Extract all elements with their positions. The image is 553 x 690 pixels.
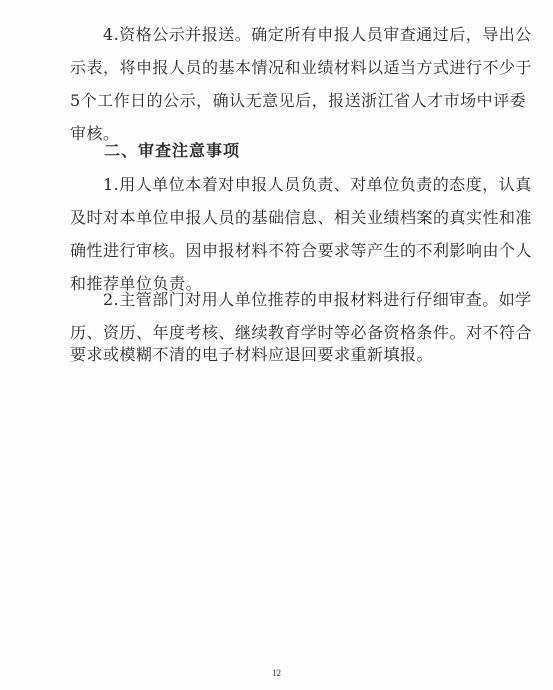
paragraph-item-1-line-1: 1.用人单位本着对申报人员负责、对单位负责的态度，认真 bbox=[70, 174, 486, 196]
paragraph-item-4-line-1: 4.资格公示并报送。确定所有申报人员审查通过后，导出公 bbox=[70, 24, 486, 46]
paragraph-item-1-line-3: 确性进行审核。因申报材料不符合要求等产生的不利影响由个人 bbox=[70, 240, 486, 262]
section-heading: 二、审查注意事项 bbox=[70, 140, 486, 162]
paragraph-item-2-line-1: 2.主管部门对用人单位推荐的申报材料进行仔细审查。如学 bbox=[70, 289, 486, 311]
page-number: 12 bbox=[0, 668, 553, 678]
paragraph-item-2-line-3: 要求或模糊不清的电子材料应退回要求重新填报。 bbox=[70, 344, 486, 366]
paragraph-item-1-line-2: 及时对本单位申报人员的基础信息、相关业绩档案的真实性和准 bbox=[70, 207, 486, 229]
paragraph-item-4-line-3: 5个工作日的公示，确认无意见后，报送浙江省人才市场中评委 bbox=[70, 90, 486, 112]
paragraph-item-4-line-2: 示表，将申报人员的基本情况和业绩材料以适当方式进行不少于 bbox=[70, 57, 486, 79]
document-page: 4.资格公示并报送。确定所有申报人员审查通过后，导出公 示表，将申报人员的基本情… bbox=[0, 0, 553, 690]
paragraph-item-2-line-2: 历、资历、年度考核、继续教育学时等必备资格条件。对不符合 bbox=[70, 322, 486, 344]
